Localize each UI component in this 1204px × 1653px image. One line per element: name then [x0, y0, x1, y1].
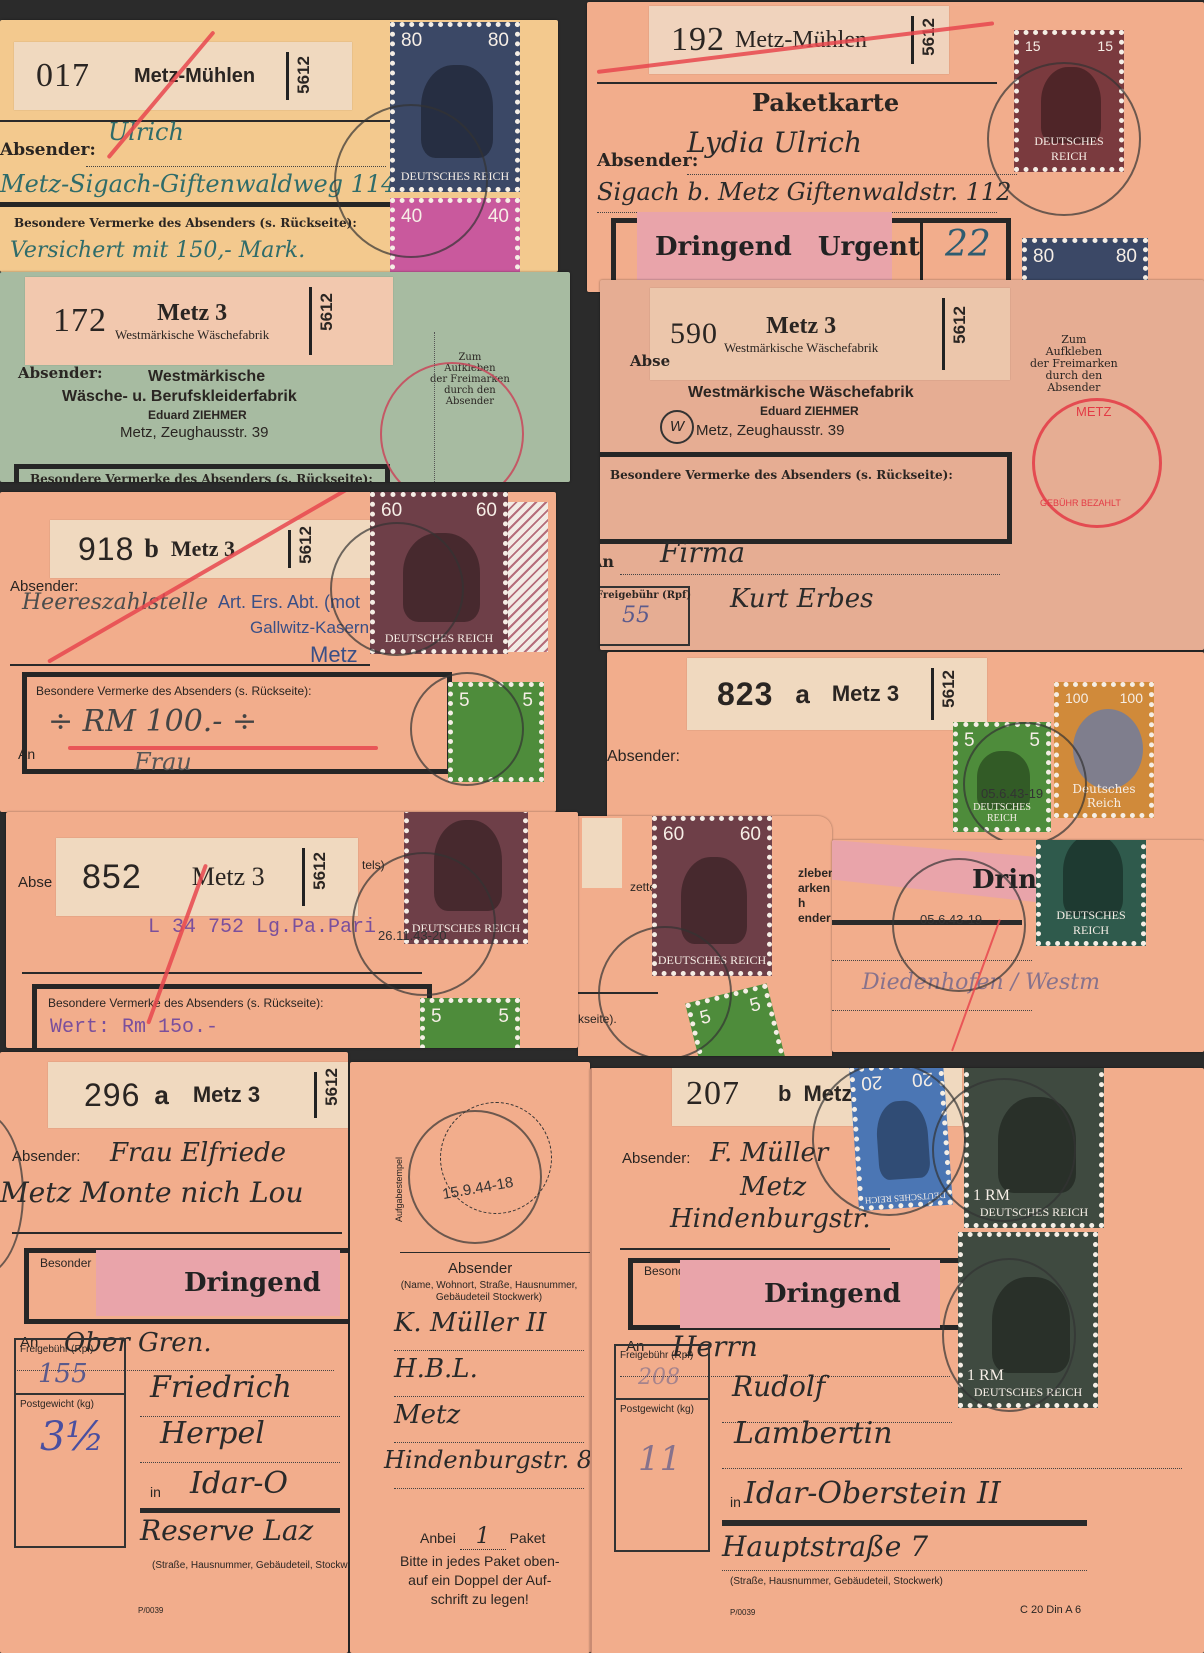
slip-dringend: Dringend [184, 1268, 321, 1298]
absender-handwritten-address: Sigach b. Metz Giftenwaldstr. 112 [597, 178, 1011, 206]
form-number: P/0039 [730, 1608, 755, 1617]
besondere-label: Besondere Vermerke des Absenders (s. Rüc… [30, 472, 373, 482]
postal-label: 017 Metz-Mühlen 5612 [14, 42, 352, 110]
freigebuehr-value: 55 [600, 603, 688, 628]
red-underline [68, 746, 378, 750]
an-handwritten-2: Friedrich [150, 1370, 292, 1405]
label-number: 918 [78, 531, 134, 568]
box-divider [920, 222, 923, 284]
stamp-value: 100 [1120, 690, 1143, 706]
label-code: 5612 [317, 293, 337, 331]
stamp-value: 80 [1116, 246, 1137, 268]
anbei-row: Anbei 1 Paket [420, 1524, 545, 1550]
label-suffix: a [795, 679, 809, 710]
note-line: zleben [798, 866, 832, 881]
dringend-slip: Dringend [680, 1260, 940, 1328]
label-divider [286, 52, 289, 100]
postmark [963, 722, 1087, 846]
freigebuehr-box: Freigebühr (Rpf) 208 Postgewicht (kg) 11 [614, 1344, 710, 1552]
freigebuehr-label: Freigebühr (Rpf) [16, 1340, 124, 1359]
anbei-value: 1 [460, 1524, 506, 1550]
label-code: 5612 [310, 852, 330, 890]
label-divider [309, 287, 312, 355]
postmark-date: 05.6.43-19 [981, 786, 1043, 801]
aufgabestempel-label: Aufgabestempel [394, 1157, 404, 1222]
label-number: 590 [670, 317, 718, 351]
stamp-caption: DEUTSCHES REICH [1041, 908, 1141, 941]
label-number: 852 [82, 858, 142, 897]
absender-label: Absender: [622, 1150, 690, 1167]
label-office: Metz 3 [832, 681, 899, 707]
note-line: Zum [430, 352, 510, 363]
label-code: 5612 [939, 670, 959, 708]
postage-stamp-5: 55 [420, 998, 520, 1048]
divider [620, 1248, 890, 1250]
box-number-handwritten: 22 [945, 224, 991, 265]
slip-dringend: Dringend [655, 232, 792, 262]
dotted-line [722, 1468, 1182, 1469]
dotted-line [394, 1350, 584, 1351]
postmark [932, 1078, 1076, 1222]
label-divider [931, 668, 934, 720]
an-handwritten-3: Herpel [160, 1416, 265, 1451]
parcel-card-207b: 207 b Metz 3 5612 Absender: F. Müller Me… [590, 1068, 1204, 1653]
dotted-line [394, 1442, 584, 1443]
besondere-handwritten: ÷ RM 100.- ÷ [48, 704, 257, 739]
besondere-typed: Wert: Rm 15o.- [50, 1016, 218, 1039]
stamp-value: 5 [431, 1006, 442, 1028]
besondere-vermerke-box [600, 452, 1012, 544]
note-line: Absender [1030, 382, 1118, 394]
besondere-label: Besondere Vermerke des Absenders (s. Rüc… [610, 468, 953, 482]
absender-partial: Abse [18, 874, 52, 891]
red-postmark-text: GEBÜHR BEZAHLT [1040, 498, 1121, 508]
instruction-text: Bitte in jedes Paket oben- auf ein Doppe… [400, 1552, 560, 1609]
label-number: 296 [84, 1077, 140, 1114]
absender-handwritten: Heereszahlstelle [22, 590, 208, 615]
label-divider [314, 1072, 317, 1118]
strasse-label: (Straße, Hausnummer, Gebäudeteil, Stockw… [730, 1576, 943, 1587]
absender-label: Absender: [0, 140, 96, 160]
stamp-value: 5 [498, 1006, 509, 1028]
label-code: 5612 [950, 306, 970, 344]
label-number: 192 [671, 21, 725, 59]
besondere-handwritten: Versichert mit 150,- Mark. [10, 238, 305, 263]
absender-handwritten-address: Metz Monte nich Lou [0, 1176, 304, 1209]
dotted-line [687, 174, 1017, 175]
absender-handwritten-3: Hindenburgstr. [670, 1204, 871, 1234]
label-suffix: a [154, 1080, 168, 1111]
postal-label: 172 Metz 3 Westmärkische Wäschefabrik 56… [25, 277, 393, 365]
label-number: 172 [53, 302, 107, 340]
red-postmark-text: METZ [1076, 404, 1111, 419]
an-handwritten-street: Reserve Laz [140, 1514, 313, 1547]
label-subtitle: Westmärkische Wäschefabrik [115, 327, 269, 343]
instruction-line: schrift zu legen! [400, 1590, 560, 1609]
strasse-label: (Straße, Hausnummer, Gebäudeteil, Stockw… [152, 1560, 348, 1571]
stamp-value: 100 [1065, 690, 1088, 706]
label-divider [911, 16, 914, 64]
dotted-line [620, 574, 1000, 575]
sender-owner: Eduard ZIEHMER [148, 408, 247, 422]
postage-stamp-50: 5050 DEUTSCHES REICH [1036, 840, 1146, 946]
divider [22, 972, 422, 974]
parcel-card-middle: zettel zleben arken h ender 6060 DEUTSCH… [578, 816, 832, 1056]
absender-label: Absender: [18, 364, 103, 382]
dotted-divider [434, 332, 435, 482]
postmark [352, 852, 496, 996]
sender-address: Metz, Zeughausstr. 39 [120, 424, 268, 441]
sender-address: Metz, Zeughausstr. 39 [696, 422, 844, 439]
parcel-card-192: 192 Metz-Mühlen 5612 Paketkarte Absender… [587, 2, 1204, 292]
an-handwritten: Frau [134, 748, 192, 776]
divider [597, 82, 997, 84]
absender-label: Absender: [607, 748, 680, 766]
parcel-card-918b: 918 b Metz 3 5612 Absender: Heereszahlst… [0, 492, 556, 812]
postal-label: 192 Metz-Mühlen 5612 [649, 6, 949, 74]
label-code: 5612 [322, 1068, 342, 1106]
absender-instructions: (Name, Wohnort, Straße, Hausnummer, Gebä… [394, 1280, 584, 1304]
side-text-right: zleben arken h ender [798, 866, 832, 926]
label-office: Metz 3 [193, 1082, 260, 1108]
postal-label: 296 a Metz 3 5612 [48, 1062, 348, 1128]
stamp-value: 80 [401, 30, 422, 52]
stamp-value: 15 [1097, 38, 1113, 54]
freigebuehr-label: Freigebühr (Rpf) [600, 588, 688, 603]
label-divider [288, 530, 291, 568]
divider [0, 120, 400, 122]
dringend-urgent-slip: Dringend Urgent [637, 212, 892, 282]
slip-urgent: Urgent [818, 232, 920, 262]
an-label: An [18, 746, 35, 762]
postgewicht-label: Postgewicht (kg) [16, 1395, 124, 1414]
stamp-value: 40 [488, 206, 509, 228]
format-note: C 20 Din A 6 [1020, 1604, 1081, 1616]
divider [10, 664, 370, 666]
sender-company-line2: Wäsche- u. Berufskleiderfabrik [62, 388, 297, 406]
label-office-block: Metz 3 Westmärkische Wäschefabrik [724, 313, 878, 356]
in-label: in [730, 1494, 741, 1510]
in-label: in [150, 1484, 161, 1500]
parcel-card-172: 172 Metz 3 Westmärkische Wäschefabrik 56… [0, 272, 570, 482]
label-number: 207 [686, 1075, 740, 1113]
besondere-label: Besondere Vermerke des Absenders (s. Rüc… [48, 996, 323, 1010]
parcel-card-back: Aufgabestempel 15.9.44-18 Absender (Name… [350, 1062, 590, 1653]
divider [140, 1508, 340, 1513]
freigebuehr-box: Freigebühr (Rpf) 155 Postgewicht (kg) 3½ [14, 1338, 126, 1548]
besondere-label-short: Besonder [40, 1256, 91, 1270]
absender-handwritten-2: Metz [740, 1172, 806, 1202]
label-subtitle: Westmärkische Wäschefabrik [724, 340, 878, 356]
postal-label: 590 Metz 3 Westmärkische Wäschefabrik 56… [650, 288, 1010, 380]
sender-owner: Eduard ZIEHMER [760, 404, 859, 418]
dotted-line [832, 1010, 1032, 1011]
an-handwritten-1: Firma [660, 536, 745, 569]
dotted-line [140, 1462, 340, 1463]
label-fragment [582, 818, 622, 888]
sender-company: Westmärkische Wäschefabrik [688, 384, 914, 402]
dotted-line [394, 1396, 584, 1397]
postmark [410, 672, 524, 786]
postmark-date: 26.11.43-20 [378, 928, 446, 943]
an-handwritten-2: Rudolf [732, 1370, 825, 1403]
label-divider [302, 848, 305, 906]
freigebuehr-value: 155 [16, 1359, 124, 1389]
postmark [334, 104, 488, 258]
label-divider [942, 298, 945, 370]
absender-title: Absender [448, 1260, 512, 1277]
note-line: ender [798, 911, 832, 926]
paket-label: Paket [510, 1530, 546, 1546]
label-office: Metz 3 [724, 313, 878, 340]
postmark-date: 05.6.43-19 [920, 912, 982, 927]
postmark [598, 926, 732, 1056]
label-number: 823 [717, 676, 773, 713]
absender-handwritten-name: Frau Elfriede [110, 1138, 286, 1168]
label-suffix: b [778, 1081, 791, 1107]
stamp-value: 60 [663, 824, 684, 846]
label-office-block: Metz 3 Westmärkische Wäschefabrik [115, 300, 269, 343]
label-number: 017 [36, 57, 90, 95]
an-label: An [600, 552, 614, 571]
parcel-card-852: 852 Metz 3 5612 Abse tels) L 34 752 Lg.P… [6, 812, 578, 1048]
an-handwritten-city: Idar-O [190, 1466, 288, 1501]
besondere-label: Besondere Vermerke des Absenders (s. Rüc… [14, 216, 357, 230]
freigebuehr-label: Freigebühr (Rpf) [616, 1346, 708, 1365]
postgewicht-value: 3½ [16, 1414, 124, 1460]
label-office: Metz-Mühlen [134, 65, 255, 88]
an-handwritten-3: Lambertin [734, 1416, 893, 1451]
absender-label: Absender: [12, 1148, 80, 1165]
divider [722, 1520, 1087, 1526]
postmark [987, 62, 1141, 216]
absender-handwritten-4: Hindenburgstr. 8 [384, 1446, 590, 1474]
divider [12, 1232, 342, 1234]
absender-label: Absender: [597, 150, 698, 171]
absender-handwritten-1: K. Müller II [394, 1308, 547, 1338]
absender-partial: Abse [630, 352, 670, 370]
stamp-value: 15 [1025, 38, 1041, 54]
stamp-value: 60 [476, 500, 497, 522]
sender-company-line1: Westmärkische [148, 368, 265, 386]
dotted-line [722, 1570, 1087, 1571]
absender-handwritten-1: F. Müller [710, 1138, 828, 1168]
absender-handwritten-3: Metz [394, 1400, 460, 1430]
besondere-label: Besondere Vermerke des Absenders (s. Rüc… [36, 684, 311, 698]
divider [400, 1252, 590, 1253]
an-handwritten-city: Idar-Oberstein II [744, 1476, 1001, 1511]
label-code: 5612 [294, 56, 314, 94]
label-code: 5612 [296, 526, 316, 564]
an-handwritten-street: Hauptstraße 7 [722, 1530, 928, 1563]
label-code: 5612 [919, 18, 939, 56]
postal-label: 852 Metz 3 5612 [56, 838, 358, 916]
stamp-value: 60 [381, 500, 402, 522]
portrait-icon [1063, 840, 1123, 916]
stamp-value: 60 [740, 824, 761, 846]
slip-dringend: Dringend [764, 1279, 901, 1309]
absender-handwritten-2: H.B.L. [394, 1354, 478, 1384]
postmark-partial [0, 1112, 24, 1276]
postgewicht-label: Postgewicht (kg) [616, 1400, 708, 1419]
parcel-card-017: 017 Metz-Mühlen 5612 Absender: Ulrich Me… [0, 20, 558, 272]
parcel-card-590: 590 Metz 3 Westmärkische Wäschefabrik 56… [600, 280, 1204, 650]
postmark [942, 1258, 1076, 1412]
stamp-value: 80 [488, 30, 509, 52]
stamp-value: 5 [748, 994, 764, 1018]
dotted-line [394, 1488, 584, 1489]
label-suffix: b [144, 534, 158, 564]
anbei-label: Anbei [420, 1530, 456, 1546]
an-handwritten-2: Kurt Erbes [730, 584, 874, 614]
instruction-line: Bitte in jedes Paket oben- [400, 1552, 560, 1571]
postgewicht-value: 11 [616, 1439, 708, 1479]
freimarken-note: Zum Aufkleben der Freimarken durch den A… [1030, 334, 1118, 394]
paketkarte-title: Paketkarte [752, 88, 899, 117]
parcel-card-296a: 296 a Metz 3 5612 Absender: Frau Elfried… [0, 1052, 348, 1653]
note-line: h [798, 896, 832, 911]
stamp-value: 80 [1033, 246, 1054, 268]
postmark [330, 522, 464, 656]
absender-handwritten-name: Lydia Ulrich [687, 126, 862, 159]
sheet-margin-stripes [508, 502, 548, 652]
note-line: arken [798, 881, 832, 896]
instruction-line: auf ein Doppel der Auf- [400, 1571, 560, 1590]
parcel-card-dringend-50: Dring Diedenhofen / Westm 5050 DEUTSCHES… [832, 840, 1204, 1052]
freigebuehr-box: Freigebühr (Rpf) 55 [600, 586, 690, 646]
form-number: P/0039 [138, 1606, 163, 1615]
freigebuehr-value: 208 [616, 1365, 708, 1390]
monogram-icon: W [660, 410, 694, 444]
label-office: Metz 3 [115, 300, 269, 327]
stamp-value: 5 [522, 690, 533, 712]
postal-label: 823 a Metz 3 5612 [687, 658, 987, 730]
dringend-slip: Dringend [96, 1250, 340, 1316]
